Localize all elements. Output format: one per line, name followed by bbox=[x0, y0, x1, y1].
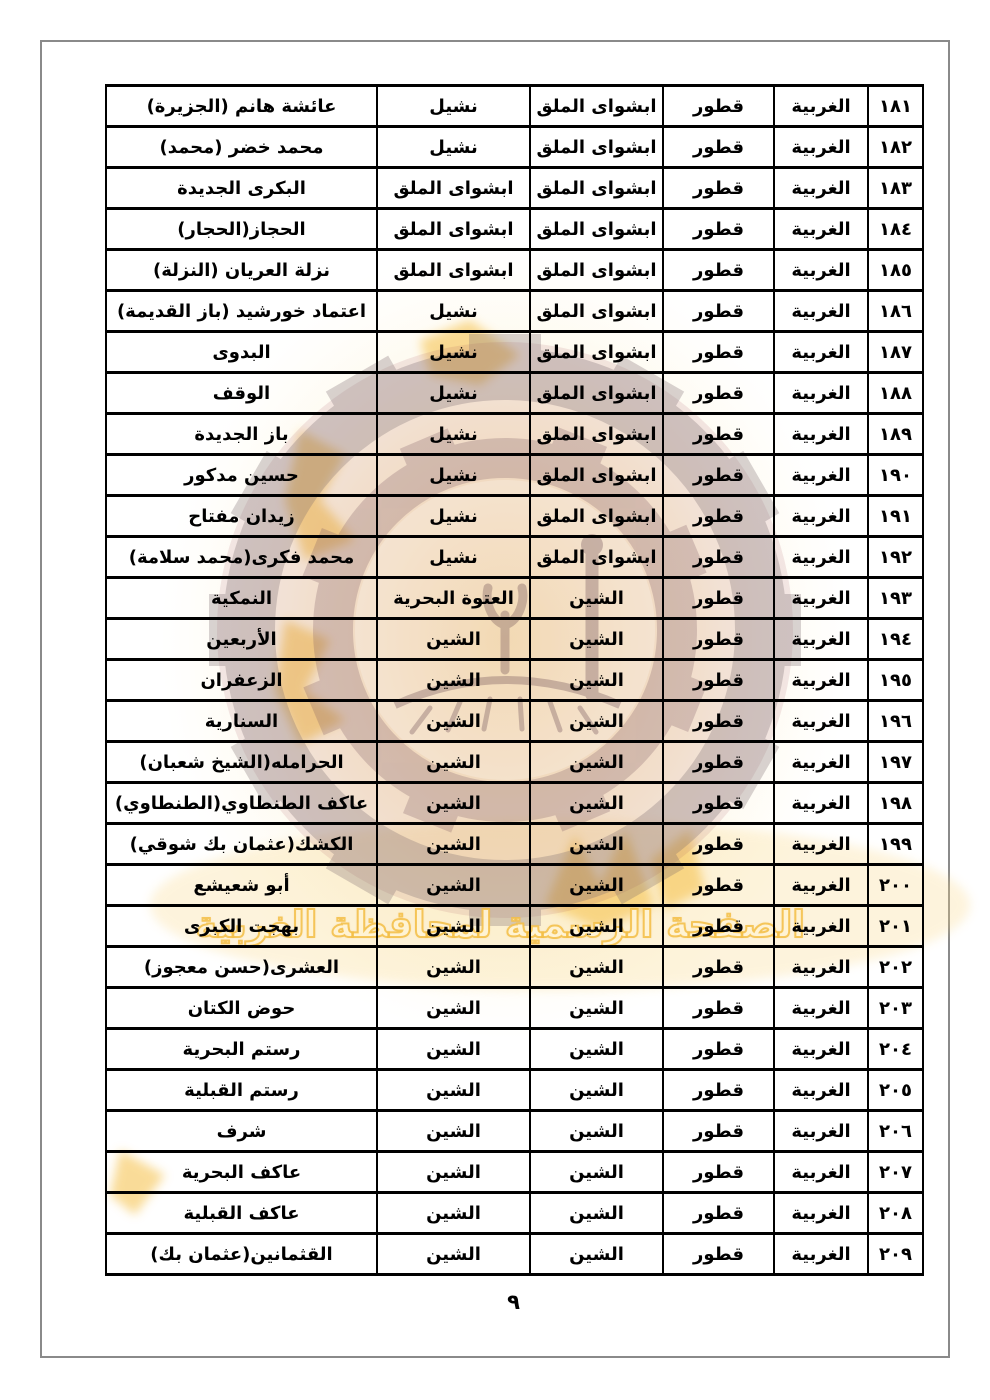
table-row: ٢٠١الغربيةقطورالشينالشينبهجت الكبرى bbox=[106, 906, 923, 947]
cell-serial: ٢٠٧ bbox=[868, 1152, 923, 1193]
cell-unit_main: ابشواى الملق bbox=[530, 168, 663, 209]
cell-governorate: الغربية bbox=[774, 988, 868, 1029]
table-row: ٢٠٢الغربيةقطورالشينالشينالعشرى(حسن معجوز… bbox=[106, 947, 923, 988]
cell-markaz: قطور bbox=[663, 988, 774, 1029]
cell-unit_sub: ابشواى الملق bbox=[377, 209, 530, 250]
cell-unit_sub: الشين bbox=[377, 906, 530, 947]
cell-governorate: الغربية bbox=[774, 1193, 868, 1234]
table-row: ١٨١الغربيةقطورابشواى الملقنشيلعائشة هانم… bbox=[106, 86, 923, 127]
cell-markaz: قطور bbox=[663, 578, 774, 619]
table-row: ١٩٦الغربيةقطورالشينالشينالسنارية bbox=[106, 701, 923, 742]
cell-serial: ٢٠٥ bbox=[868, 1070, 923, 1111]
table-row: ٢٠٦الغربيةقطورالشينالشينشرف bbox=[106, 1111, 923, 1152]
table-row: ١٩٥الغربيةقطورالشينالشينالزعفران bbox=[106, 660, 923, 701]
table-row: ١٩١الغربيةقطورابشواى الملقنشيلزيدان مفتا… bbox=[106, 496, 923, 537]
table-row: ٢٠٣الغربيةقطورالشينالشينحوض الكتان bbox=[106, 988, 923, 1029]
cell-unit_main: الشين bbox=[530, 988, 663, 1029]
cell-unit_main: الشين bbox=[530, 742, 663, 783]
cell-village: زيدان مفتاح bbox=[106, 496, 377, 537]
table-row: ١٨٦الغربيةقطورابشواى الملقنشيلاعتماد خور… bbox=[106, 291, 923, 332]
cell-unit_main: الشين bbox=[530, 578, 663, 619]
cell-unit_sub: نشيل bbox=[377, 373, 530, 414]
table-row: ٢٠٠الغربيةقطورالشينالشينأبو شعيشع bbox=[106, 865, 923, 906]
table-row: ١٩٣الغربيةقطورالشينالعتوة البحريةالنمكية bbox=[106, 578, 923, 619]
cell-unit_main: الشين bbox=[530, 660, 663, 701]
cell-governorate: الغربية bbox=[774, 1152, 868, 1193]
cell-serial: ١٨٨ bbox=[868, 373, 923, 414]
cell-governorate: الغربية bbox=[774, 824, 868, 865]
cell-markaz: قطور bbox=[663, 824, 774, 865]
cell-unit_sub: الشين bbox=[377, 619, 530, 660]
cell-governorate: الغربية bbox=[774, 1029, 868, 1070]
cell-unit_main: الشين bbox=[530, 1152, 663, 1193]
cell-unit_sub: الشين bbox=[377, 742, 530, 783]
cell-unit_sub: الشين bbox=[377, 1070, 530, 1111]
cell-serial: ١٨٤ bbox=[868, 209, 923, 250]
cell-serial: ٢٠١ bbox=[868, 906, 923, 947]
cell-village: الكشك(عثمان بك شوقي) bbox=[106, 824, 377, 865]
cell-governorate: الغربية bbox=[774, 373, 868, 414]
cell-governorate: الغربية bbox=[774, 660, 868, 701]
cell-unit_main: ابشواى الملق bbox=[530, 332, 663, 373]
cell-unit_main: الشين bbox=[530, 1111, 663, 1152]
cell-unit_main: ابشواى الملق bbox=[530, 209, 663, 250]
cell-unit_main: الشين bbox=[530, 947, 663, 988]
cell-village: رستم البحرية bbox=[106, 1029, 377, 1070]
cell-unit_sub: الشين bbox=[377, 988, 530, 1029]
cell-unit_sub: الشين bbox=[377, 1193, 530, 1234]
cell-markaz: قطور bbox=[663, 1111, 774, 1152]
cell-markaz: قطور bbox=[663, 1070, 774, 1111]
cell-serial: ١٨٢ bbox=[868, 127, 923, 168]
cell-village: حسين مدكور bbox=[106, 455, 377, 496]
cell-markaz: قطور bbox=[663, 455, 774, 496]
cell-unit_main: الشين bbox=[530, 783, 663, 824]
cell-markaz: قطور bbox=[663, 86, 774, 127]
cell-governorate: الغربية bbox=[774, 1234, 868, 1275]
cell-village: شرف bbox=[106, 1111, 377, 1152]
cell-village: حوض الكتان bbox=[106, 988, 377, 1029]
table-row: ١٩٧الغربيةقطورالشينالشينالحرامله(الشيخ ش… bbox=[106, 742, 923, 783]
cell-village: النمكية bbox=[106, 578, 377, 619]
cell-unit_sub: نشيل bbox=[377, 414, 530, 455]
table-row: ١٨٥الغربيةقطورابشواى الملقابشواى الملقنز… bbox=[106, 250, 923, 291]
cell-governorate: الغربية bbox=[774, 742, 868, 783]
cell-village: العشرى(حسن معجوز) bbox=[106, 947, 377, 988]
cell-unit_sub: الشين bbox=[377, 660, 530, 701]
cell-village: عاكف البحرية bbox=[106, 1152, 377, 1193]
cell-governorate: الغربية bbox=[774, 947, 868, 988]
cell-serial: ٢٠٢ bbox=[868, 947, 923, 988]
table-row: ١٩٢الغربيةقطورابشواى الملقنشيلمحمد فكرى(… bbox=[106, 537, 923, 578]
cell-unit_main: ابشواى الملق bbox=[530, 250, 663, 291]
cell-unit_main: الشين bbox=[530, 1029, 663, 1070]
cell-markaz: قطور bbox=[663, 1029, 774, 1070]
table-row: ١٨٨الغربيةقطورابشواى الملقنشيلالوقف bbox=[106, 373, 923, 414]
cell-serial: ٢٠٦ bbox=[868, 1111, 923, 1152]
cell-serial: ١٨٦ bbox=[868, 291, 923, 332]
cell-village: محمد فكرى(محمد سلامة) bbox=[106, 537, 377, 578]
cell-governorate: الغربية bbox=[774, 619, 868, 660]
cell-unit_sub: الشين bbox=[377, 701, 530, 742]
cell-unit_main: الشين bbox=[530, 1070, 663, 1111]
cell-markaz: قطور bbox=[663, 537, 774, 578]
table-row: ١٨٢الغربيةقطورابشواى الملقنشيلمحمد خضر (… bbox=[106, 127, 923, 168]
cell-markaz: قطور bbox=[663, 1152, 774, 1193]
cell-markaz: قطور bbox=[663, 1193, 774, 1234]
cell-unit_sub: ابشواى الملق bbox=[377, 168, 530, 209]
cell-markaz: قطور bbox=[663, 496, 774, 537]
cell-governorate: الغربية bbox=[774, 496, 868, 537]
cell-markaz: قطور bbox=[663, 209, 774, 250]
cell-unit_sub: الشين bbox=[377, 1111, 530, 1152]
cell-village: باز الجديدة bbox=[106, 414, 377, 455]
cell-governorate: الغربية bbox=[774, 537, 868, 578]
cell-serial: ١٨٩ bbox=[868, 414, 923, 455]
cell-unit_main: الشين bbox=[530, 906, 663, 947]
cell-unit_main: ابشواى الملق bbox=[530, 414, 663, 455]
cell-governorate: الغربية bbox=[774, 250, 868, 291]
cell-markaz: قطور bbox=[663, 947, 774, 988]
cell-serial: ١٩٨ bbox=[868, 783, 923, 824]
cell-serial: ١٩٧ bbox=[868, 742, 923, 783]
cell-unit_main: ابشواى الملق bbox=[530, 373, 663, 414]
cell-governorate: الغربية bbox=[774, 414, 868, 455]
cell-unit_sub: نشيل bbox=[377, 86, 530, 127]
cell-unit_main: الشين bbox=[530, 701, 663, 742]
cell-serial: ١٨٧ bbox=[868, 332, 923, 373]
cell-markaz: قطور bbox=[663, 701, 774, 742]
cell-village: الحجاز(الحجار) bbox=[106, 209, 377, 250]
cell-village: القثمانين(عثمان بك) bbox=[106, 1234, 377, 1275]
cell-serial: ٢٠٠ bbox=[868, 865, 923, 906]
cell-markaz: قطور bbox=[663, 906, 774, 947]
cell-governorate: الغربية bbox=[774, 783, 868, 824]
cell-governorate: الغربية bbox=[774, 168, 868, 209]
cell-village: عاكف القبلية bbox=[106, 1193, 377, 1234]
cell-village: بهجت الكبرى bbox=[106, 906, 377, 947]
cell-unit_sub: نشيل bbox=[377, 496, 530, 537]
cell-markaz: قطور bbox=[663, 250, 774, 291]
table-row: ١٨٤الغربيةقطورابشواى الملقابشواى الملقال… bbox=[106, 209, 923, 250]
cell-governorate: الغربية bbox=[774, 127, 868, 168]
villages-table: ١٨١الغربيةقطورابشواى الملقنشيلعائشة هانم… bbox=[105, 84, 924, 1276]
cell-markaz: قطور bbox=[663, 332, 774, 373]
cell-markaz: قطور bbox=[663, 168, 774, 209]
cell-governorate: الغربية bbox=[774, 291, 868, 332]
document-page: { "page": { "number_label": "٩", "waterm… bbox=[0, 0, 990, 1400]
cell-village: البكرى الجديدة bbox=[106, 168, 377, 209]
cell-markaz: قطور bbox=[663, 865, 774, 906]
cell-unit_sub: نشيل bbox=[377, 537, 530, 578]
cell-village: نزلة العريان (النزلة) bbox=[106, 250, 377, 291]
cell-markaz: قطور bbox=[663, 414, 774, 455]
table-row: ٢٠٤الغربيةقطورالشينالشينرستم البحرية bbox=[106, 1029, 923, 1070]
cell-unit_main: الشين bbox=[530, 865, 663, 906]
table-row: ١٨٩الغربيةقطورابشواى الملقنشيلباز الجديد… bbox=[106, 414, 923, 455]
cell-markaz: قطور bbox=[663, 783, 774, 824]
cell-village: الوقف bbox=[106, 373, 377, 414]
cell-governorate: الغربية bbox=[774, 86, 868, 127]
cell-serial: ٢٠٨ bbox=[868, 1193, 923, 1234]
cell-village: رستم القبلية bbox=[106, 1070, 377, 1111]
cell-unit_main: ابشواى الملق bbox=[530, 291, 663, 332]
cell-serial: ٢٠٣ bbox=[868, 988, 923, 1029]
cell-unit_sub: الشين bbox=[377, 783, 530, 824]
cell-unit_sub: الشين bbox=[377, 1029, 530, 1070]
cell-unit_main: الشين bbox=[530, 1234, 663, 1275]
cell-serial: ١٩٠ bbox=[868, 455, 923, 496]
cell-markaz: قطور bbox=[663, 127, 774, 168]
cell-governorate: الغربية bbox=[774, 578, 868, 619]
table-row: ٢٠٩الغربيةقطورالشينالشينالقثمانين(عثمان … bbox=[106, 1234, 923, 1275]
cell-village: الزعفران bbox=[106, 660, 377, 701]
cell-unit_main: الشين bbox=[530, 824, 663, 865]
cell-village: عائشة هانم (الجزيرة) bbox=[106, 86, 377, 127]
cell-unit_sub: نشيل bbox=[377, 332, 530, 373]
cell-unit_sub: ابشواى الملق bbox=[377, 250, 530, 291]
cell-serial: ١٩١ bbox=[868, 496, 923, 537]
cell-markaz: قطور bbox=[663, 373, 774, 414]
cell-unit_sub: الشين bbox=[377, 1152, 530, 1193]
cell-unit_sub: نشيل bbox=[377, 127, 530, 168]
cell-serial: ١٨١ bbox=[868, 86, 923, 127]
cell-serial: ٢٠٤ bbox=[868, 1029, 923, 1070]
cell-serial: ١٨٣ bbox=[868, 168, 923, 209]
cell-village: السنارية bbox=[106, 701, 377, 742]
table-row: ١٩٩الغربيةقطورالشينالشينالكشك(عثمان بك ش… bbox=[106, 824, 923, 865]
table-row: ١٩٨الغربيةقطورالشينالشينعاكف الطنطاوي(ال… bbox=[106, 783, 923, 824]
cell-markaz: قطور bbox=[663, 291, 774, 332]
cell-serial: ١٩٦ bbox=[868, 701, 923, 742]
table-row: ١٩٠الغربيةقطورابشواى الملقنشيلحسين مدكور bbox=[106, 455, 923, 496]
cell-unit_sub: الشين bbox=[377, 1234, 530, 1275]
table-body: ١٨١الغربيةقطورابشواى الملقنشيلعائشة هانم… bbox=[106, 86, 923, 1275]
cell-serial: ١٩٩ bbox=[868, 824, 923, 865]
page-number: ٩ bbox=[105, 1290, 922, 1314]
cell-serial: ١٩٥ bbox=[868, 660, 923, 701]
cell-village: الحرامله(الشيخ شعبان) bbox=[106, 742, 377, 783]
cell-unit_main: ابشواى الملق bbox=[530, 496, 663, 537]
cell-governorate: الغربية bbox=[774, 1111, 868, 1152]
cell-governorate: الغربية bbox=[774, 865, 868, 906]
cell-unit_main: الشين bbox=[530, 1193, 663, 1234]
table-row: ١٩٤الغربيةقطورالشينالشينالأربعين bbox=[106, 619, 923, 660]
cell-unit_main: ابشواى الملق bbox=[530, 537, 663, 578]
cell-unit_sub: نشيل bbox=[377, 455, 530, 496]
cell-serial: ١٩٣ bbox=[868, 578, 923, 619]
cell-markaz: قطور bbox=[663, 742, 774, 783]
cell-markaz: قطور bbox=[663, 1234, 774, 1275]
cell-unit_sub: الشين bbox=[377, 824, 530, 865]
cell-village: الأربعين bbox=[106, 619, 377, 660]
cell-serial: ٢٠٩ bbox=[868, 1234, 923, 1275]
cell-unit_main: ابشواى الملق bbox=[530, 127, 663, 168]
cell-markaz: قطور bbox=[663, 660, 774, 701]
cell-serial: ١٨٥ bbox=[868, 250, 923, 291]
cell-village: محمد خضر (محمد) bbox=[106, 127, 377, 168]
cell-unit_main: الشين bbox=[530, 619, 663, 660]
cell-unit_sub: نشيل bbox=[377, 291, 530, 332]
cell-serial: ١٩٤ bbox=[868, 619, 923, 660]
cell-unit_sub: الشين bbox=[377, 865, 530, 906]
table-row: ١٨٣الغربيةقطورابشواى الملقابشواى الملقال… bbox=[106, 168, 923, 209]
cell-governorate: الغربية bbox=[774, 701, 868, 742]
cell-village: أبو شعيشع bbox=[106, 865, 377, 906]
table-row: ٢٠٨الغربيةقطورالشينالشينعاكف القبلية bbox=[106, 1193, 923, 1234]
cell-governorate: الغربية bbox=[774, 455, 868, 496]
cell-governorate: الغربية bbox=[774, 1070, 868, 1111]
cell-unit_main: ابشواى الملق bbox=[530, 86, 663, 127]
cell-village: اعتماد خورشيد (باز القديمة) bbox=[106, 291, 377, 332]
cell-markaz: قطور bbox=[663, 619, 774, 660]
cell-unit_sub: الشين bbox=[377, 947, 530, 988]
cell-village: عاكف الطنطاوي(الطنطاوي) bbox=[106, 783, 377, 824]
cell-unit_main: ابشواى الملق bbox=[530, 455, 663, 496]
cell-unit_sub: العتوة البحرية bbox=[377, 578, 530, 619]
cell-serial: ١٩٢ bbox=[868, 537, 923, 578]
cell-governorate: الغربية bbox=[774, 332, 868, 373]
table-row: ١٨٧الغربيةقطورابشواى الملقنشيلالبدوى bbox=[106, 332, 923, 373]
table-row: ٢٠٥الغربيةقطورالشينالشينرستم القبلية bbox=[106, 1070, 923, 1111]
cell-governorate: الغربية bbox=[774, 209, 868, 250]
cell-governorate: الغربية bbox=[774, 906, 868, 947]
cell-village: البدوى bbox=[106, 332, 377, 373]
table-row: ٢٠٧الغربيةقطورالشينالشينعاكف البحرية bbox=[106, 1152, 923, 1193]
